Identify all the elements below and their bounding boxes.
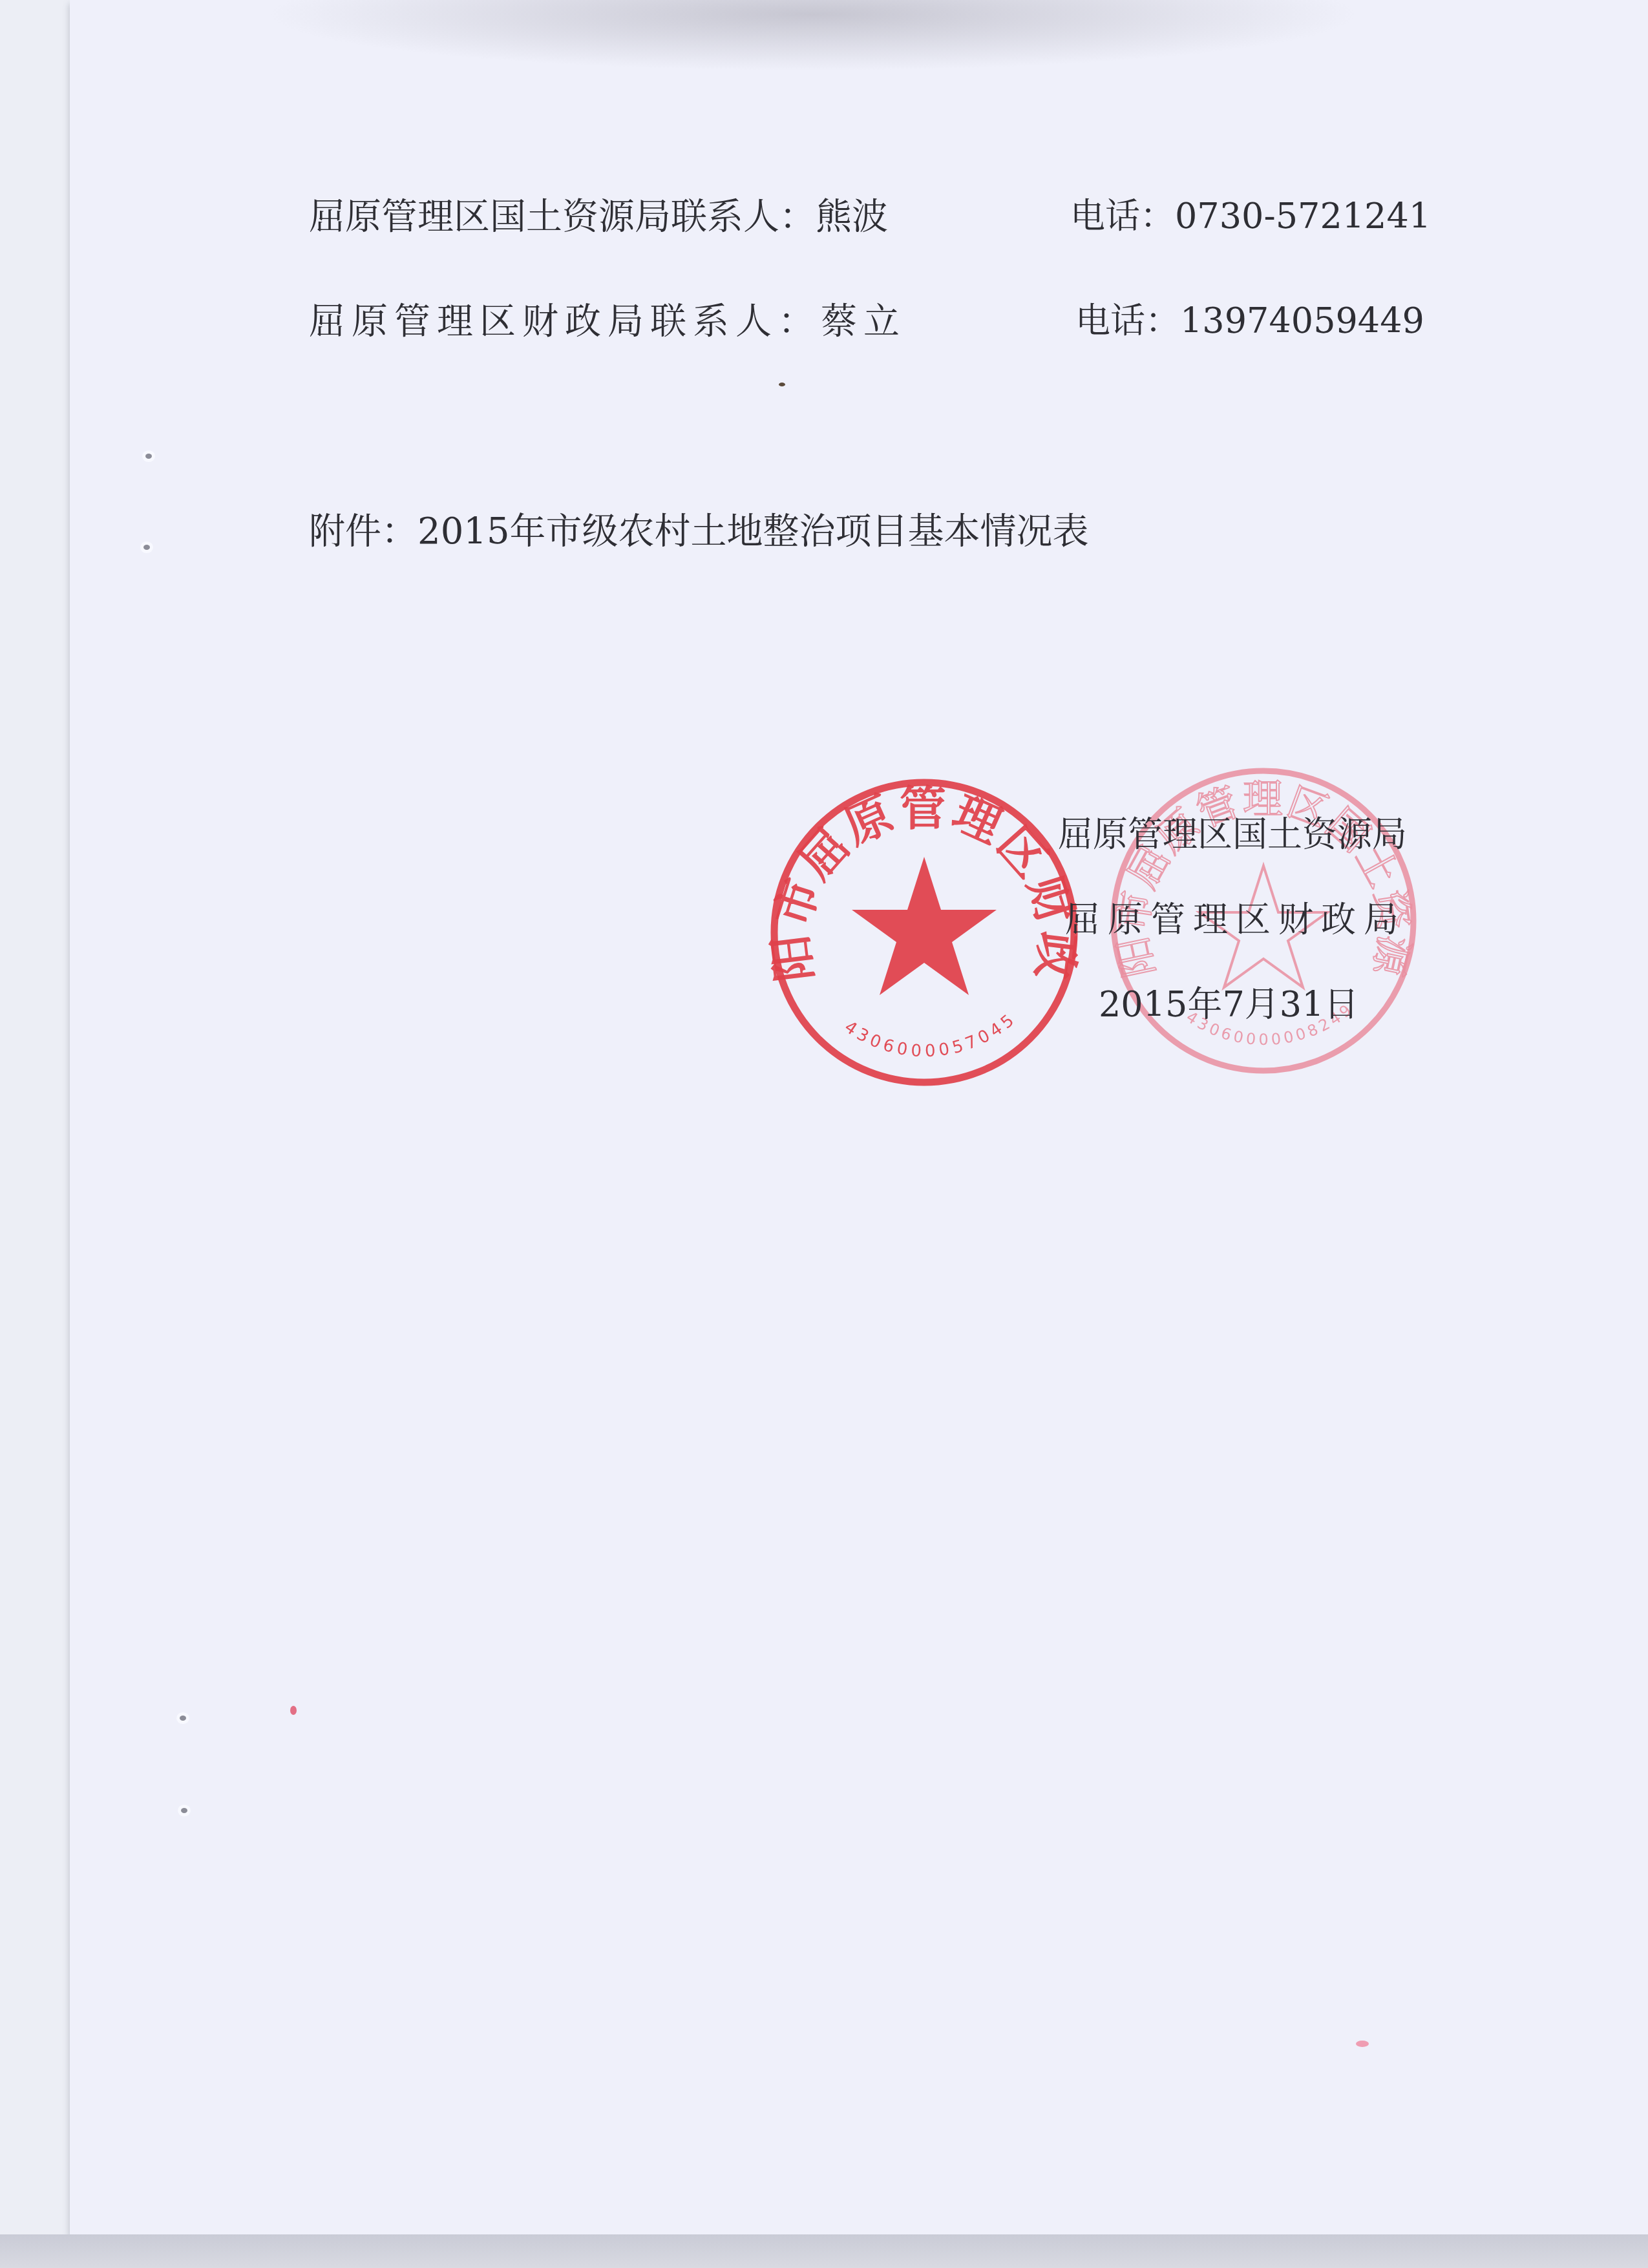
scan-shadow	[264, 0, 1362, 71]
contact-finance-bureau-label: 屈原管理区财政局联系人：蔡立	[309, 300, 906, 342]
binding-hole	[180, 1716, 186, 1721]
binding-hole	[145, 454, 152, 459]
svg-text:4306000057045: 4306000057045	[841, 1009, 1020, 1062]
ink-speck	[1356, 2041, 1369, 2047]
scanner-background	[0, 2234, 1648, 2268]
contact-finance-bureau-phone: 电话：13974059449	[1075, 304, 1424, 339]
scanner-edge-strip	[0, 0, 70, 2268]
ink-speck	[779, 383, 785, 386]
attachment-line: 附件：2015年市级农村土地整治项目基本情况表	[309, 514, 1089, 550]
contact-land-bureau-label: 屈原管理区国土资源局联系人：熊波	[309, 196, 888, 238]
contact-finance-bureau: 屈原管理区财政局联系人：蔡立	[309, 304, 906, 340]
ink-speck	[290, 1706, 297, 1715]
signature-land-bureau: 屈原管理区国土资源局	[1058, 817, 1407, 852]
contact-land-bureau-phone: 电话：0730-5721241	[1070, 199, 1431, 234]
binding-hole	[143, 545, 150, 550]
contact-land-bureau: 屈原管理区国土资源局联系人：熊波	[309, 199, 888, 235]
finance-bureau-seal: 岳阳市屈原管理区财政局 4306000057045	[766, 774, 1083, 1091]
signature-finance-bureau: 屈原管理区财政局	[1065, 903, 1406, 938]
signature-date: 2015年7月31日	[1099, 987, 1359, 1022]
seal-graphic: 岳阳市屈原管理区财政局 4306000057045	[766, 774, 1083, 1091]
binding-hole	[181, 1808, 187, 1813]
